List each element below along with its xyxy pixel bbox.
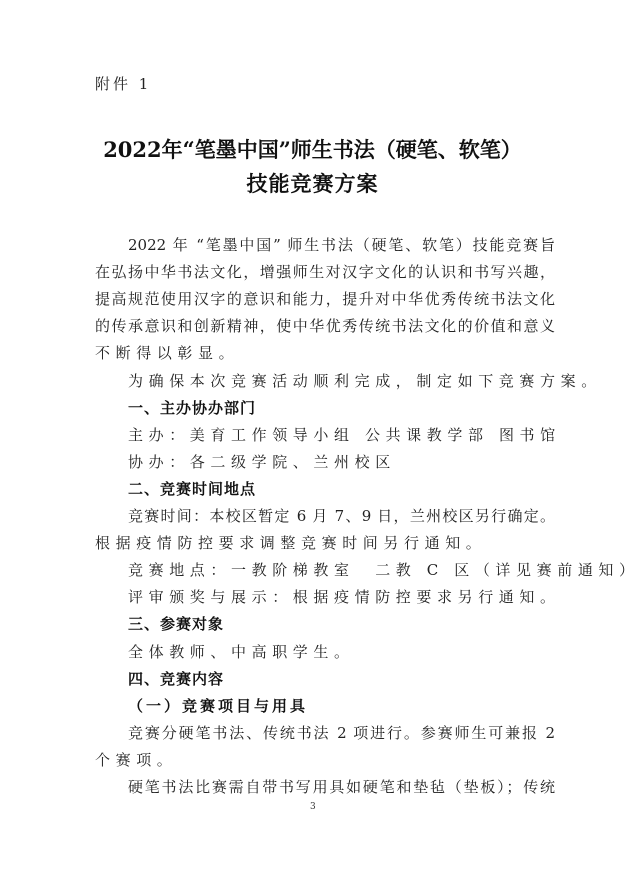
body-text-line: 根据疫情防控要求调整竞赛时间另行通知。 (95, 533, 555, 553)
body-text-line: 竞赛分硬笔书法、传统书法 2 项进行。参赛师生可兼报 2 (128, 723, 555, 743)
body-text-line: 在弘扬中华书法文化，增强师生对汉字文化的认识和书写兴趣， (95, 262, 555, 282)
body-text-line: 竞赛地点：一教阶梯教室 二教 C 区（详见赛前通知）。 (128, 560, 555, 580)
page-number: 3 (310, 802, 316, 812)
body-text-line: 2022 年 “笔墨中国” 师生书法（硬笔、软笔）技能竞赛旨 (128, 235, 555, 255)
body-text-line: 全体教师、中高职学生。 (128, 642, 555, 662)
body-text-line: 评审颁奖与展示：根据疫情防控要求另行通知。 (128, 587, 555, 607)
attachment-label: 附件 1 (95, 73, 151, 94)
document-title-line1: 2022年“笔墨中国”师生书法（硬笔、软笔） (0, 134, 625, 164)
section-heading: 二、竞赛时间地点 (128, 479, 555, 499)
body-text-line: 硬笔书法比赛需自带书写用具如硬笔和垫毡（垫板）；传统 (128, 777, 555, 797)
body-text-line: 的传承意识和创新精神，使中华优秀传统书法文化的价值和意义 (95, 316, 555, 336)
body-text-line: 个赛项。 (95, 750, 555, 770)
document-title-line2: 技能竞赛方案 (0, 168, 625, 198)
body-text-line: 竞赛时间：本校区暂定 6 月 7、9 日，兰州校区另行确定。 (128, 506, 555, 526)
body-text-line: 为确保本次竞赛活动顺利完成，制定如下竞赛方案。 (128, 371, 555, 391)
document-page: 附件 1 2022年“笔墨中国”师生书法（硬笔、软笔） 技能竞赛方案 2022 … (0, 0, 625, 884)
body-text-line: 不断得以彰显。 (95, 343, 555, 363)
section-heading: 三、参赛对象 (128, 614, 555, 634)
body-text-line: 协办：各二级学院、兰州校区 (128, 452, 555, 472)
section-heading: 一、主办协办部门 (128, 398, 555, 418)
body-text-line: 主办：美育工作领导小组 公共课教学部 图书馆 (128, 425, 555, 445)
subsection-heading: （一）竞赛项目与用具 (128, 696, 555, 716)
section-heading: 四、竞赛内容 (128, 669, 555, 689)
body-text-line: 提高规范使用汉字的意识和能力，提升对中华优秀传统书法文化 (95, 289, 555, 309)
